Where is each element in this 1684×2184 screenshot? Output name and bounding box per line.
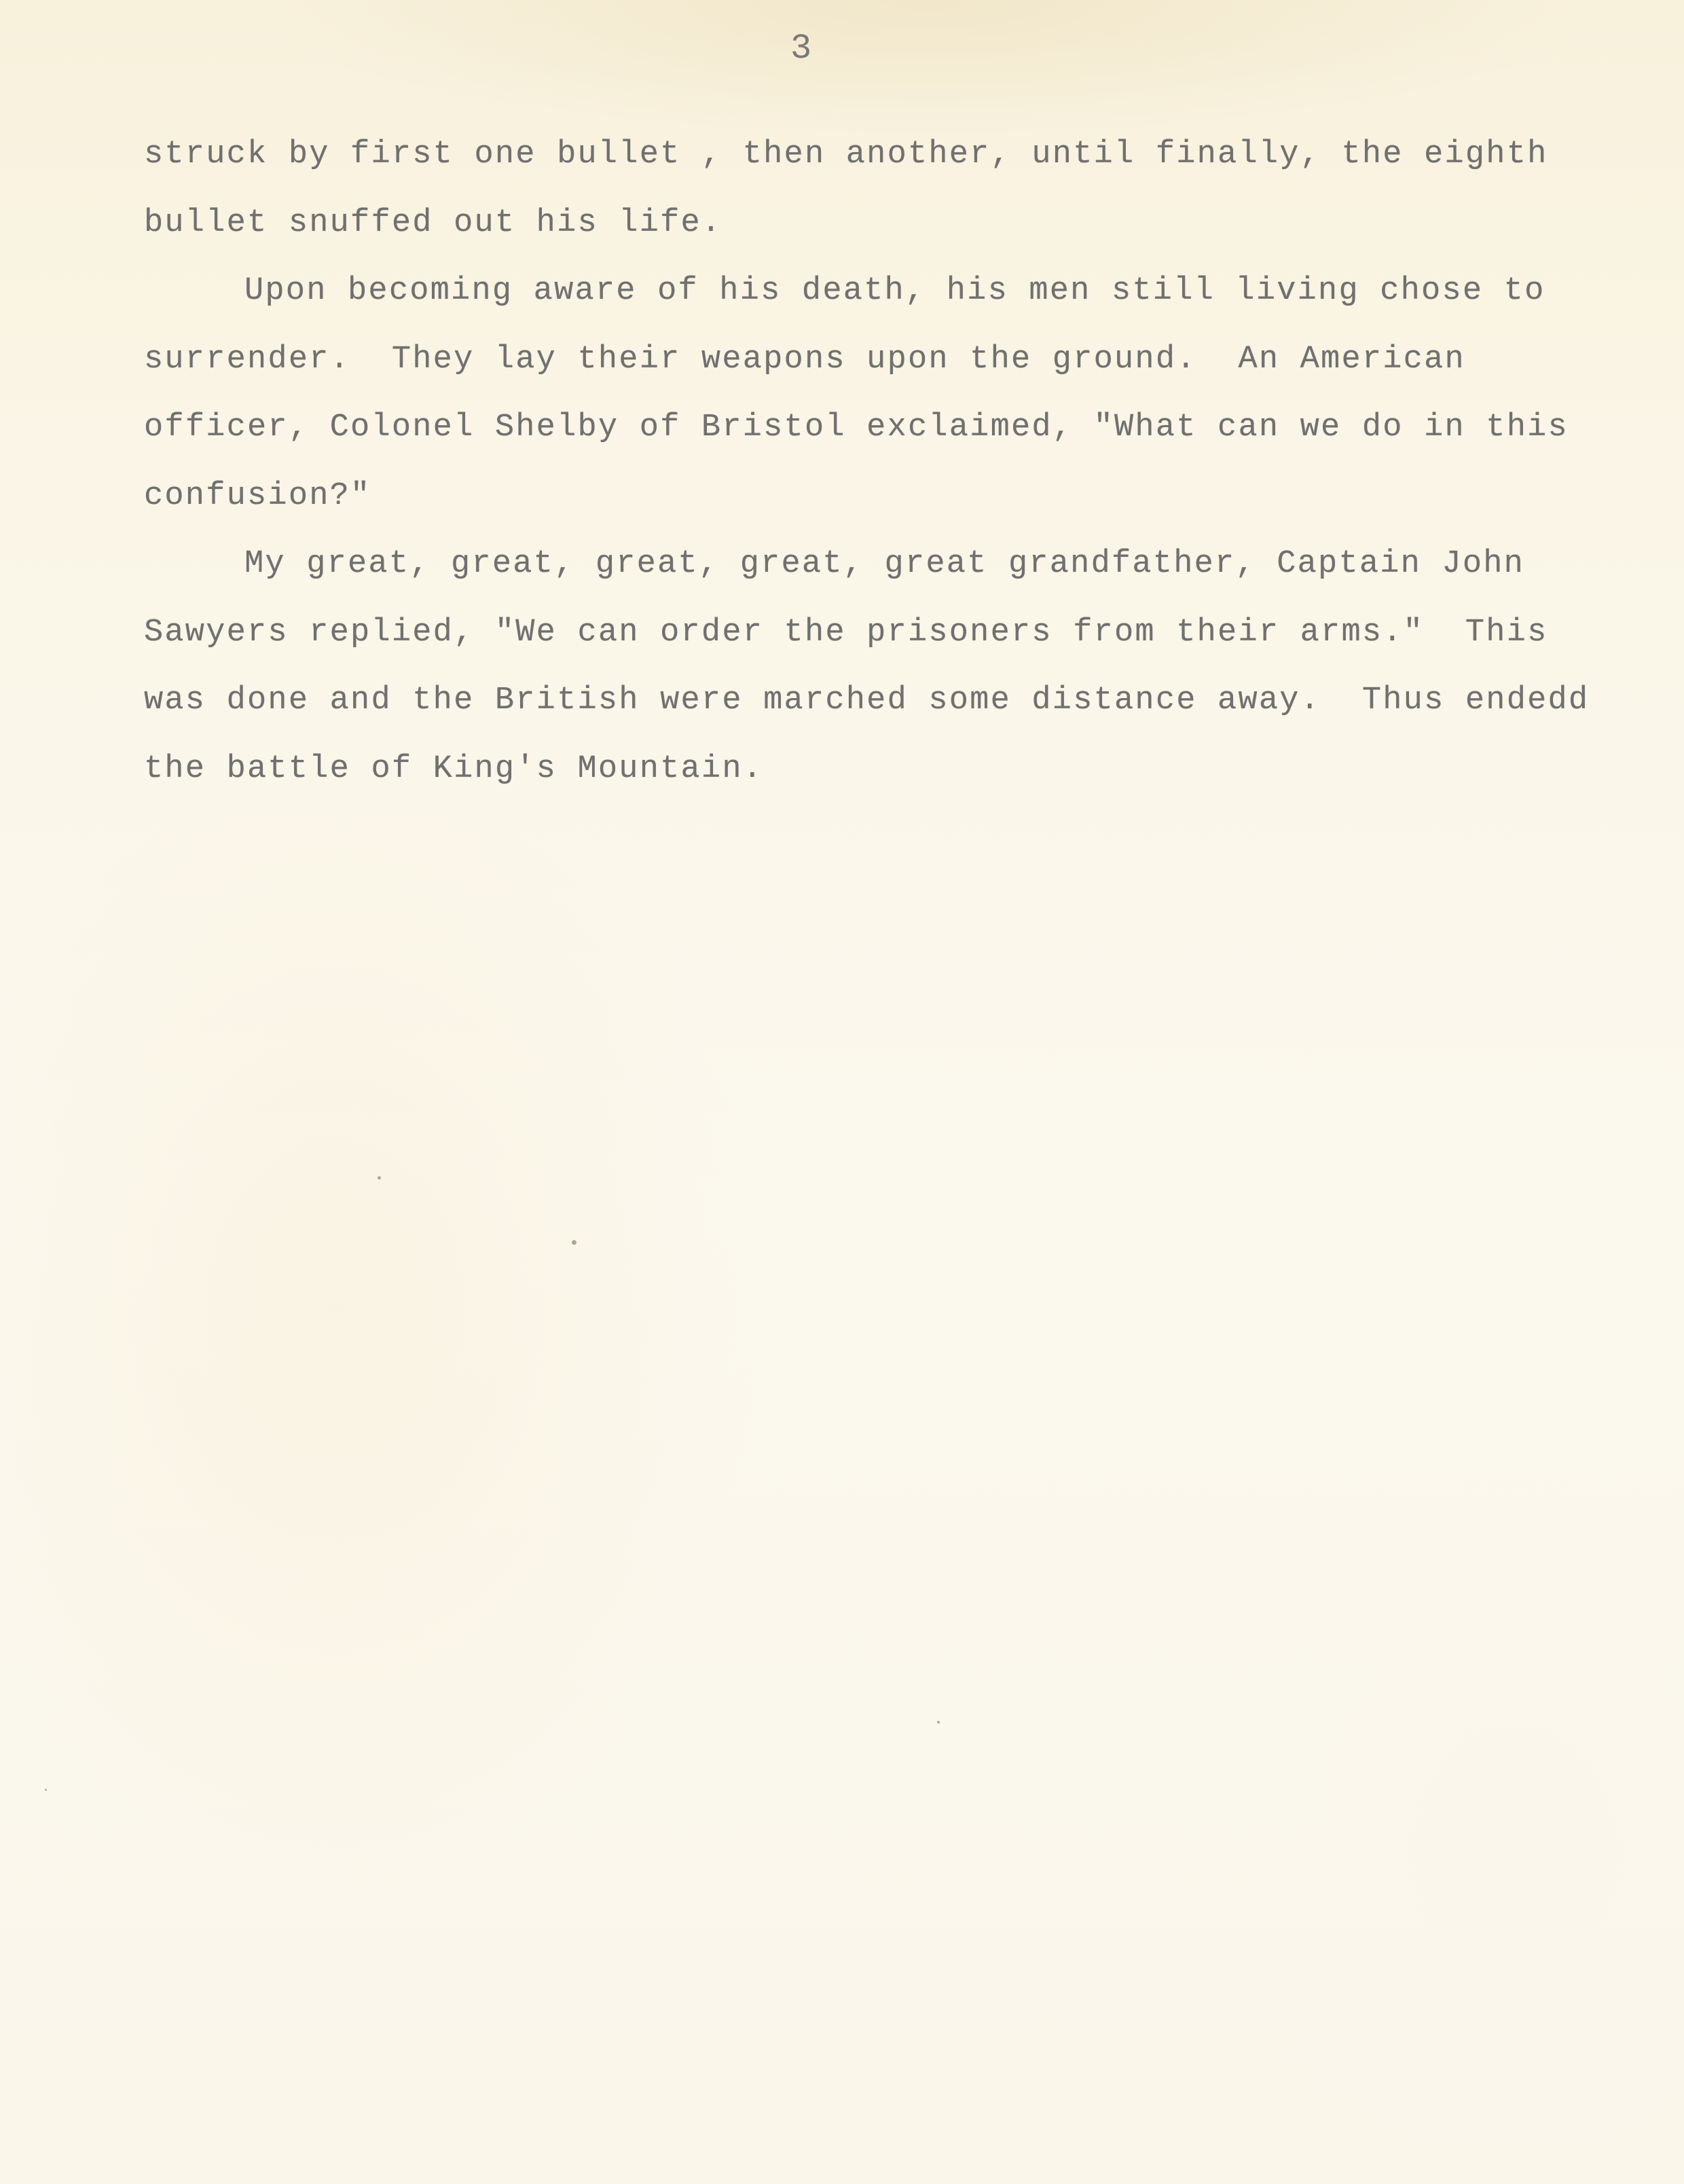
paper-speck <box>937 1721 940 1724</box>
page-number: 3 <box>790 29 811 69</box>
document-page: 3 struck by first one bullet , then anot… <box>0 0 1684 2184</box>
text-line: confusion?" <box>144 462 1597 531</box>
paper-speck <box>45 1789 47 1791</box>
text-line: bullet snuffed out his life. <box>144 189 1597 258</box>
paper-speck <box>572 1240 576 1245</box>
text-line: Sawyers replied, "We can order the priso… <box>144 599 1597 668</box>
paper-speck <box>378 1176 381 1180</box>
text-line: officer, Colonel Shelby of Bristol excla… <box>144 394 1597 462</box>
text-line: was done and the British were marched so… <box>144 667 1597 735</box>
text-line: surrender. They lay their weapons upon t… <box>144 326 1597 395</box>
paragraph-start-line: Upon becoming aware of his death, his me… <box>144 257 1597 326</box>
paragraph-start-line: My great, great, great, great, great gra… <box>144 530 1597 599</box>
typewritten-body: struck by first one bullet , then anothe… <box>144 121 1597 803</box>
text-line: the battle of King's Mountain. <box>144 735 1597 804</box>
text-line: struck by first one bullet , then anothe… <box>144 121 1597 189</box>
